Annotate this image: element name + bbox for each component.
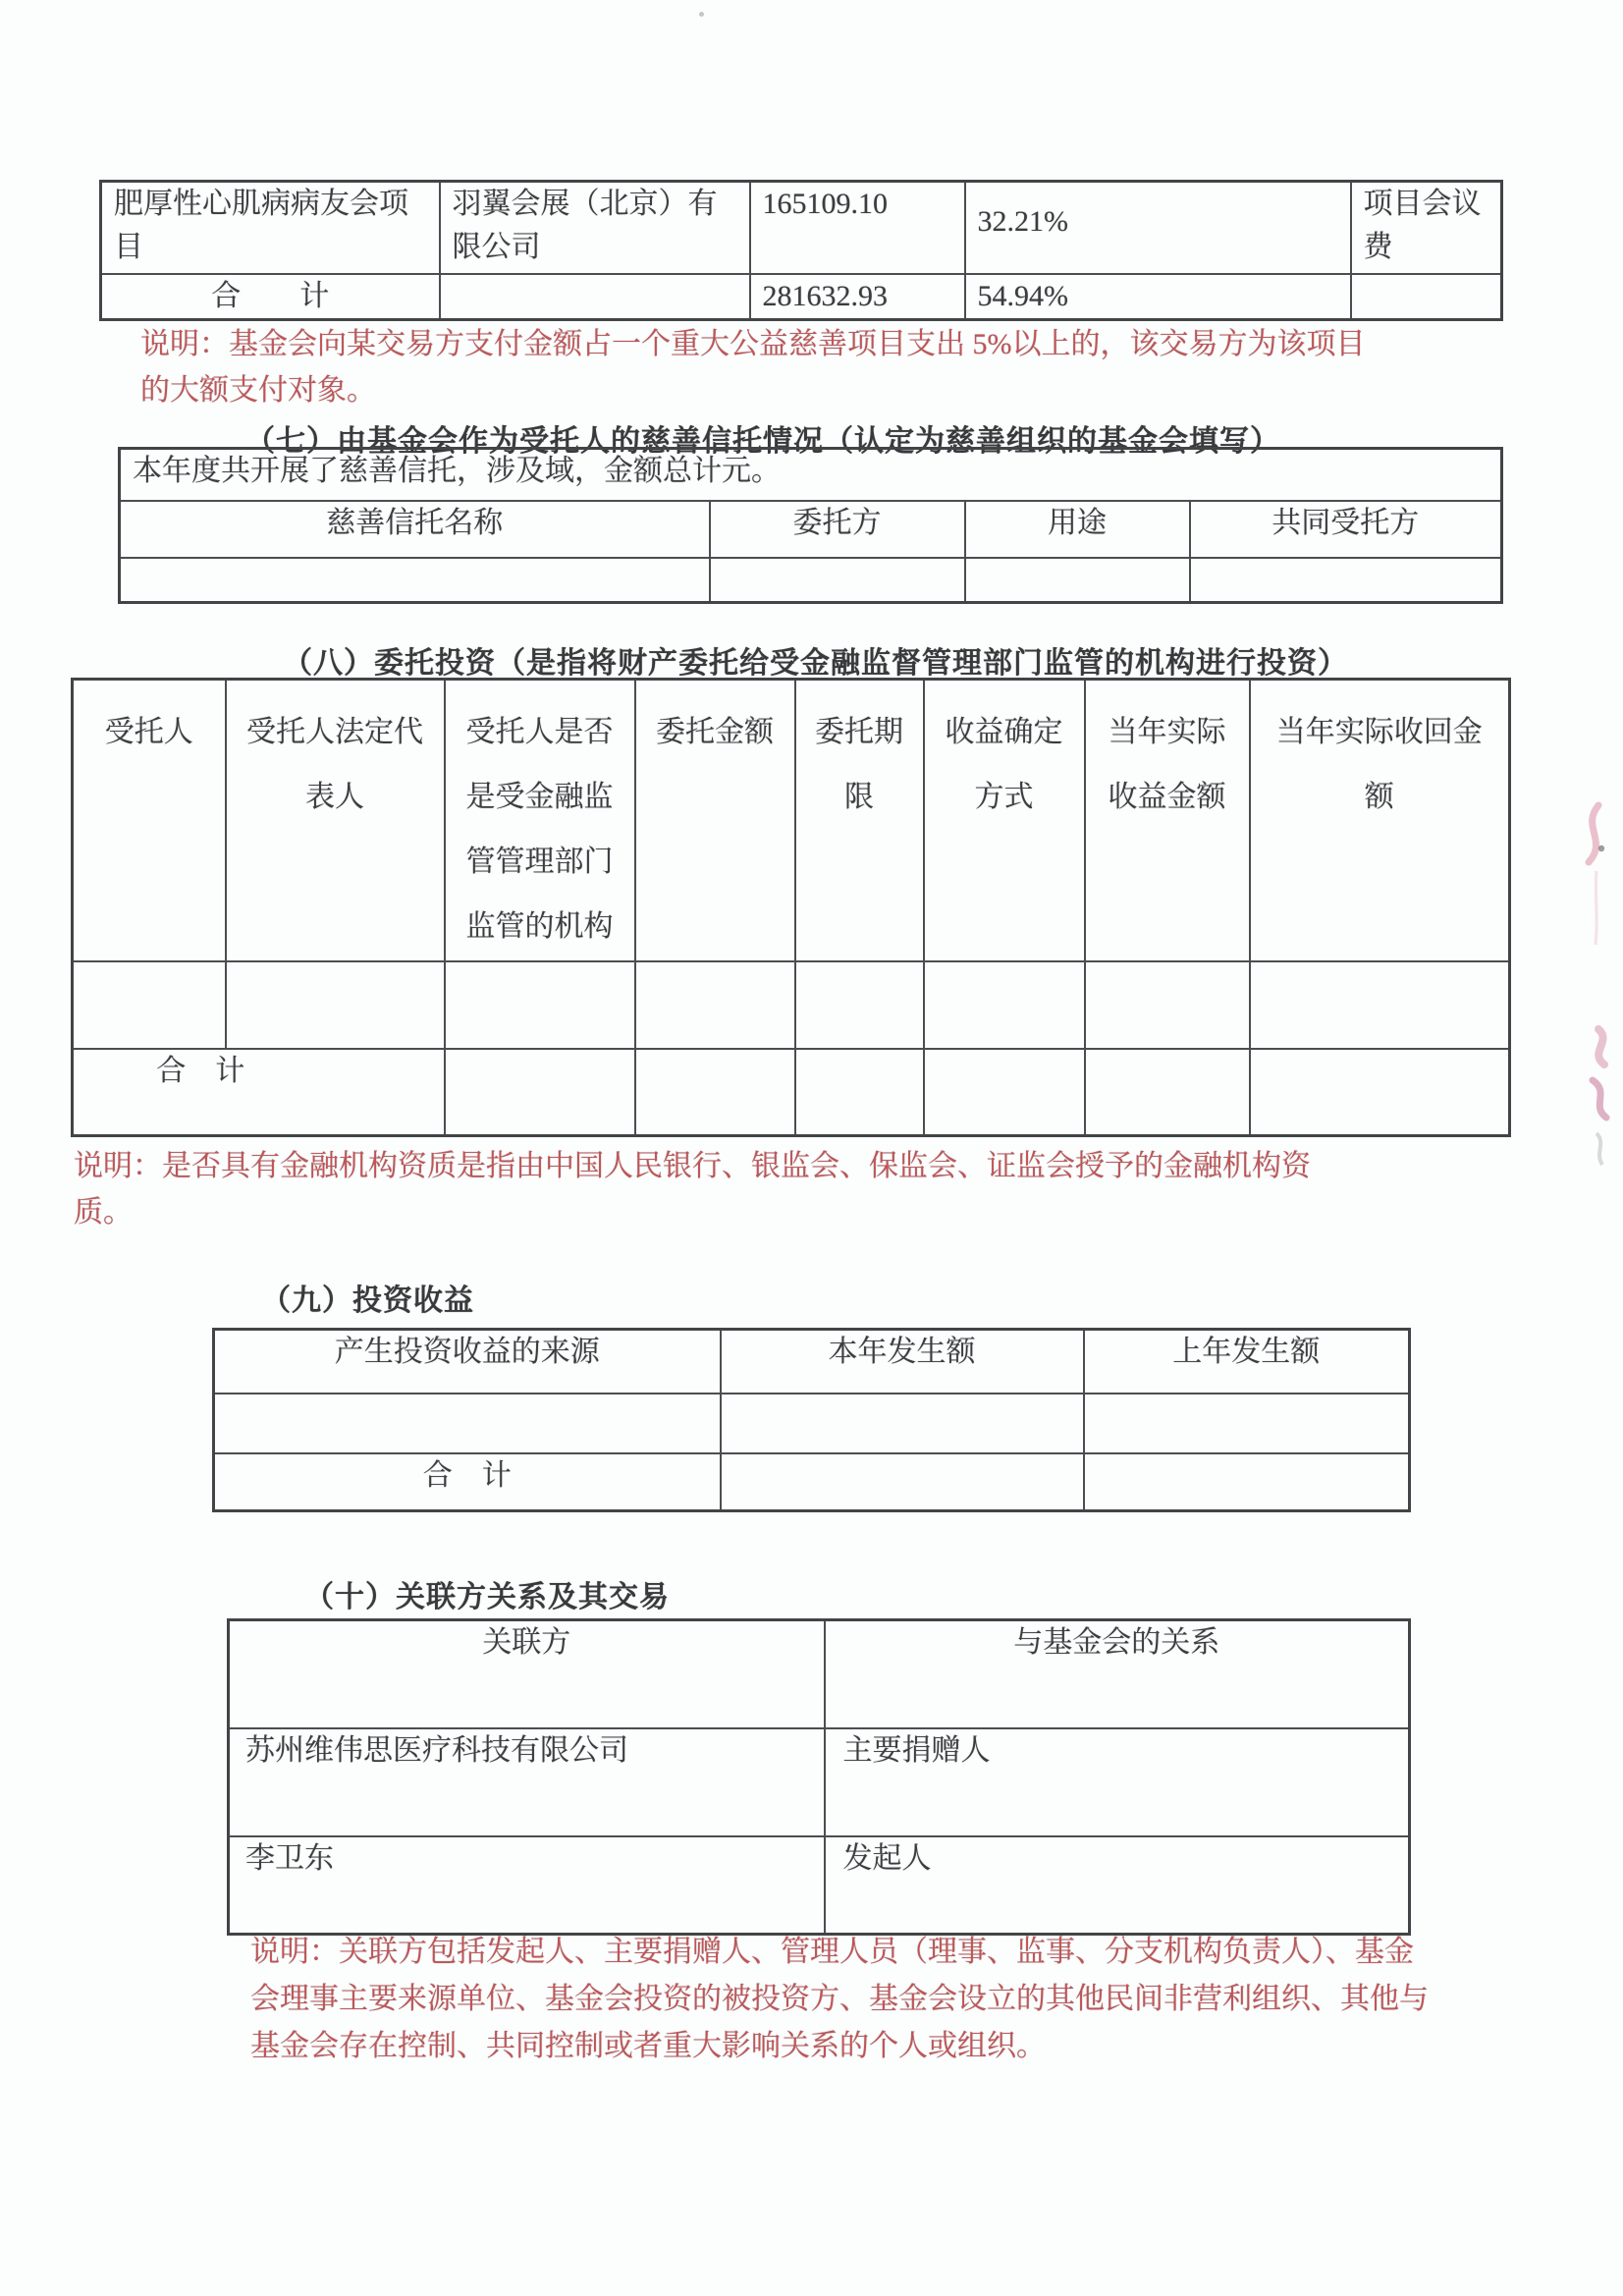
empty-cell [1084,1453,1410,1511]
header-purpose: 用途 [965,501,1190,558]
major-payee-table: 肥厚性心肌病病友会项目 羽翼会展（北京）有限公司 165109.10 32.21… [99,180,1503,321]
empty-cell [635,1049,795,1136]
cell-payee-name: 羽翼会展（北京）有限公司 [440,182,750,274]
cell-total-amount: 281632.93 [750,274,965,320]
section9-heading: （九）投资收益 [261,1276,474,1319]
empty-cell [214,1394,721,1453]
header-actual-return: 当年实际 收益金额 [1085,680,1250,961]
empty-cell [721,1394,1084,1453]
empty-cell [1084,1394,1410,1453]
table-header-row: 慈善信托名称 委托方 用途 共同受托方 [120,501,1502,558]
cell-total-percentage: 54.94% [965,274,1351,320]
header-trustor: 委托方 [710,501,965,558]
cell-project-name: 肥厚性心肌病病友会项目 [101,182,440,274]
empty-cell [795,961,924,1049]
table-row: 肥厚性心肌病病友会项目 羽翼会展（北京）有限公司 165109.10 32.21… [101,182,1502,274]
cell-related-party: 李卫东 [229,1836,825,1935]
ink-mark [1569,797,1618,955]
empty-cell [440,274,750,320]
empty-cell [226,961,445,1049]
cell-relation: 主要捐赠人 [825,1728,1410,1836]
cell-related-party: 苏州维伟思医疗科技有限公司 [229,1728,825,1836]
cell-amount: 165109.10 [750,182,965,274]
empty-cell [445,1049,635,1136]
empty-cell [1250,1049,1510,1136]
header-regulated-institution: 受托人是否 是受金融监 管管理部门 监管的机构 [445,680,635,961]
empty-cell [1085,1049,1250,1136]
section10-heading: （十）关联方关系及其交易 [304,1572,670,1615]
cell-percentage: 32.21% [965,182,1351,274]
empty-cell [1085,961,1250,1049]
cell-total-label: 合 计 [73,1049,445,1136]
cell-total-label: 合 计 [214,1453,721,1511]
table-row-empty [120,558,1502,603]
empty-cell [795,1049,924,1136]
empty-cell [73,961,226,1049]
table-header-row: 受托人 受托人法定代 表人 受托人是否 是受金融监 管管理部门 监管的机构 委托… [73,680,1510,961]
table-row-empty [214,1394,1410,1453]
header-related-party: 关联方 [229,1620,825,1728]
note-major-payee: 说明：基金会向某交易方支付金额占一个重大公益慈善项目支出 5%以上的，该交易方为… [140,321,1366,413]
table-row-total: 合 计 [73,1049,1510,1136]
header-return-method: 收益确定 方式 [924,680,1085,961]
entrusted-investment-table: 受托人 受托人法定代 表人 受托人是否 是受金融监 管管理部门 监管的机构 委托… [71,678,1511,1137]
header-trustee: 受托人 [73,680,226,961]
empty-cell [120,558,710,603]
empty-cell [924,961,1085,1049]
header-previous-year-amount: 上年发生额 [1084,1330,1410,1394]
header-trust-name: 慈善信托名称 [120,501,710,558]
note-line: 质。 [74,1189,1311,1235]
header-legal-representative: 受托人法定代 表人 [226,680,445,961]
header-relation-to-foundation: 与基金会的关系 [825,1620,1410,1728]
note-line: 基金会存在控制、共同控制或者重大影响关系的个人或组织。 [250,2023,1429,2070]
empty-cell [1190,558,1502,603]
table-row-total: 合 计 281632.93 54.94% [101,274,1502,320]
note-line: 说明：是否具有金融机构资质是指由中国人民银行、银监会、保监会、证监会授予的金融机… [74,1143,1311,1189]
table-row-total: 合 计 [214,1453,1410,1511]
header-entrusted-amount: 委托金额 [635,680,795,961]
header-actual-recovered: 当年实际收回金 额 [1250,680,1510,961]
empty-cell [1351,274,1502,320]
table-row-empty [73,961,1510,1049]
investment-income-table: 产生投资收益的来源 本年发生额 上年发生额 合 计 [212,1328,1411,1512]
header-current-year-amount: 本年发生额 [721,1330,1084,1394]
cell-total-label: 合 计 [101,274,440,320]
table-row-intro: 本年度共开展了慈善信托，涉及域，金额总计元。 [120,449,1502,501]
note-line: 说明：基金会向某交易方支付金额占一个重大公益慈善项目支出 5%以上的，该交易方为… [140,321,1366,367]
scanned-document-page: 肥厚性心肌病病友会项目 羽翼会展（北京）有限公司 165109.10 32.21… [0,0,1623,2296]
cell-expense-type: 项目会议费 [1351,182,1502,274]
header-entrusted-term: 委托期 限 [795,680,924,961]
cell-trust-intro: 本年度共开展了慈善信托，涉及域，金额总计元。 [120,449,1502,501]
empty-cell [965,558,1190,603]
empty-cell [1250,961,1510,1049]
note-financial-qualification: 说明：是否具有金融机构资质是指由中国人民银行、银监会、保监会、证监会授予的金融机… [74,1143,1311,1235]
table-header-row: 关联方 与基金会的关系 [229,1620,1410,1728]
note-line: 会理事主要来源单位、基金会投资的被投资方、基金会设立的其他民间非营利组织、其他与 [250,1976,1429,2023]
note-line: 的大额支付对象。 [140,367,1366,413]
empty-cell [924,1049,1085,1136]
empty-cell [710,558,965,603]
table-row: 李卫东 发起人 [229,1836,1410,1935]
note-related-party-definition: 说明：关联方包括发起人、主要捐赠人、管理人员（理事、监事、分支机构负责人）、基金… [250,1929,1429,2070]
section8-heading: （八）委托投资（是指将财产委托给受金融监督管理部门监管的机构进行投资） [283,638,1348,682]
charitable-trust-table: 本年度共开展了慈善信托，涉及域，金额总计元。 慈善信托名称 委托方 用途 共同受… [118,447,1503,604]
header-co-trustee: 共同受托方 [1190,501,1502,558]
empty-cell [721,1453,1084,1511]
table-header-row: 产生投资收益的来源 本年发生额 上年发生额 [214,1330,1410,1394]
header-income-source: 产生投资收益的来源 [214,1330,721,1394]
cell-relation: 发起人 [825,1836,1410,1935]
related-party-table: 关联方 与基金会的关系 苏州维伟思医疗科技有限公司 主要捐赠人 李卫东 发起人 [227,1618,1411,1936]
table-row: 苏州维伟思医疗科技有限公司 主要捐赠人 [229,1728,1410,1836]
empty-cell [635,961,795,1049]
note-line: 说明：关联方包括发起人、主要捐赠人、管理人员（理事、监事、分支机构负责人）、基金 [250,1929,1429,1976]
empty-cell [445,961,635,1049]
scan-speck [699,12,704,17]
ink-mark [1575,1023,1623,1180]
